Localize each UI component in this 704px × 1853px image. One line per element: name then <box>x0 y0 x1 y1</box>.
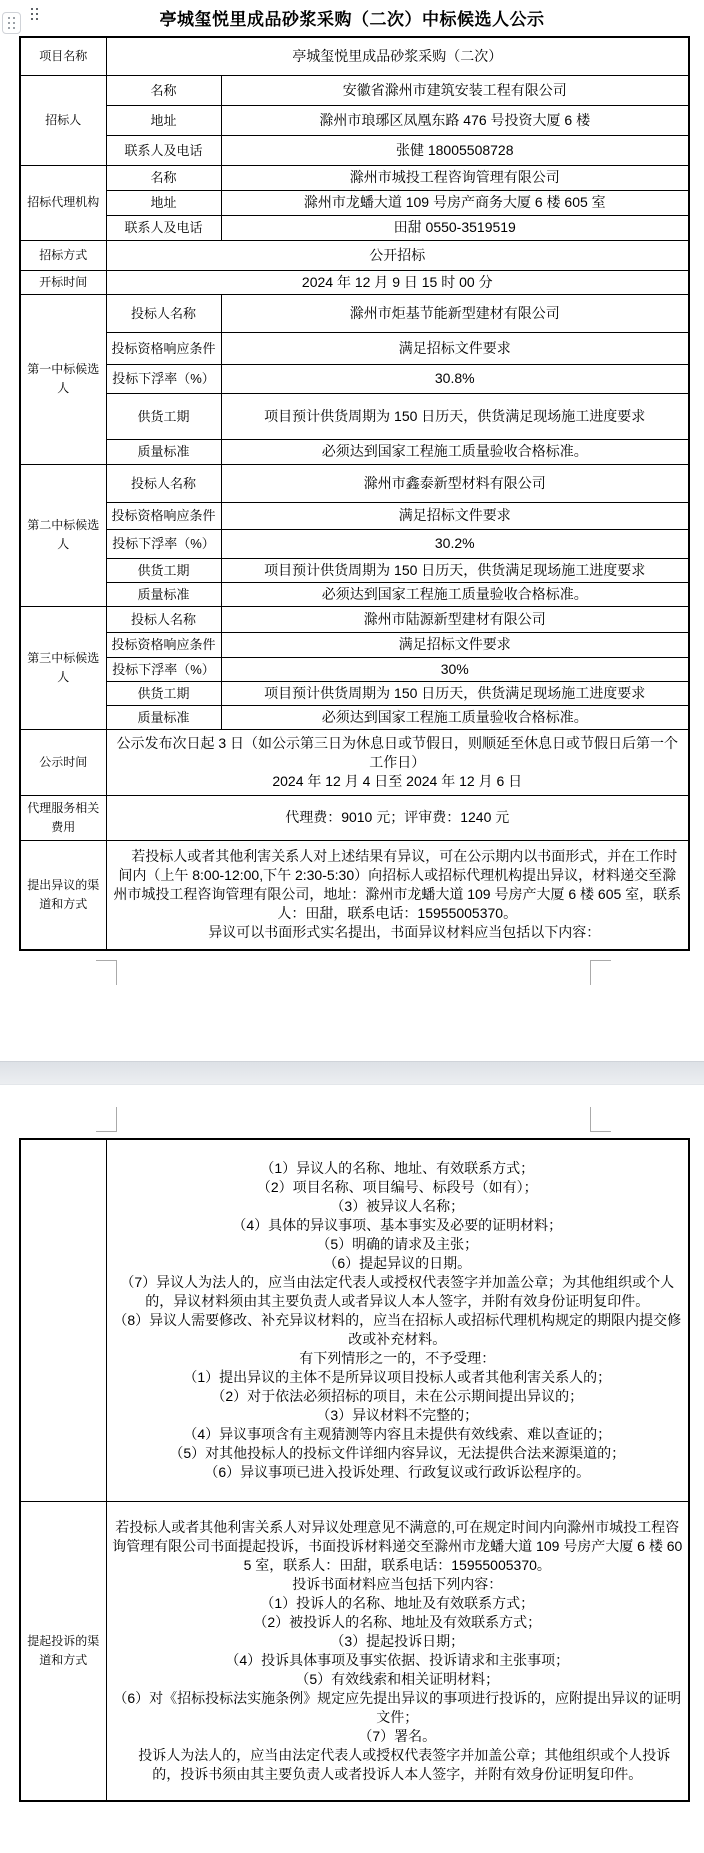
table-row: 供货工期 项目预计供货周期为 150 日历天，供货满足现场施工进度要求 <box>20 558 689 582</box>
cell-label: 招标方式 <box>20 240 106 270</box>
cell-label-empty <box>20 1139 106 1501</box>
cell-value: 项目预计供货周期为 150 日历天，供货满足现场施工进度要求 <box>221 558 689 582</box>
announcement-table-page2: （1）异议人的名称、地址、有效联系方式； （2）项目名称、项目编号、标段号（如有… <box>19 1138 690 1802</box>
cell-label: 项目名称 <box>20 37 106 75</box>
list-item: （2）对于依法必须招标的项目，未在公示期间提出异议的； <box>112 1387 684 1406</box>
cell-label: 公示时间 <box>20 729 106 795</box>
page-separator <box>0 1061 704 1085</box>
cell-label: 投标资格响应条件 <box>106 632 221 657</box>
page-corner-mark <box>96 960 117 985</box>
cell-value: 滁州市鑫泰新型材料有限公司 <box>221 464 689 502</box>
text-paragraph: 若投标人或者其他利害关系人对异议处理意见不满意的,可在规定时间内向滁州市城投工程… <box>112 1518 684 1575</box>
objection-content: 若投标人或者其他利害关系人对上述结果有异议，可在公示期内以书面形式，并在工作时间… <box>106 840 689 950</box>
cell-value: 满足招标文件要求 <box>221 502 689 529</box>
cell-label: 质量标准 <box>106 582 221 606</box>
table-row: 质量标准 必须达到国家工程施工质量验收合格标准。 <box>20 439 689 464</box>
cell-value: 项目预计供货周期为 150 日历天，供货满足现场施工进度要求 <box>221 393 689 439</box>
cell-label: 提出异议的渠道和方式 <box>20 840 106 950</box>
cell-label: 供货工期 <box>106 558 221 582</box>
cell-value: 公示发布次日起 3 日（如公示第三日为休息日或节假日，则顺延至休息日或节假日后第… <box>106 729 689 795</box>
cell-value: 30% <box>221 657 689 681</box>
table-row: 第一中标候选人 投标人名称 滁州市炬基节能新型建材有限公司 <box>20 294 689 332</box>
section-label-candidate-2: 第二中标候选人 <box>20 464 106 606</box>
cell-value: 公开招标 <box>106 240 689 270</box>
cell-label: 联系人及电话 <box>106 215 221 240</box>
objection-list-content: （1）异议人的名称、地址、有效联系方式； （2）项目名称、项目编号、标段号（如有… <box>106 1139 689 1501</box>
table-row: 地址 滁州市龙蟠大道 109 号房产商务大厦 6 楼 605 室 <box>20 190 689 215</box>
cell-label: 供货工期 <box>106 393 221 439</box>
cell-value: 满足招标文件要求 <box>221 632 689 657</box>
text-paragraph: 异议可以书面形式实名提出，书面异议材料应当包括以下内容： <box>112 923 684 942</box>
document-canvas: 亭城玺悦里成品砂浆采购（二次）中标候选人公示 项目名称 亭城玺悦里成品砂浆采购（… <box>0 0 704 1853</box>
cell-label: 提起投诉的渠道和方式 <box>20 1501 106 1801</box>
cell-value: 张健 18005508728 <box>221 135 689 165</box>
cell-label: 代理服务相关费用 <box>20 795 106 840</box>
list-item: （3）异议材料不完整的； <box>112 1406 684 1425</box>
cell-value: 田甜 0550-3519519 <box>221 215 689 240</box>
announcement-table-page1: 项目名称 亭城玺悦里成品砂浆采购（二次） 招标人 名称 安徽省滁州市建筑安装工程… <box>19 36 690 951</box>
list-item: （4）投诉具体事项及事实依据、投诉请求和主张事项； <box>112 1651 684 1670</box>
cell-value: 滁州市陆源新型建材有限公司 <box>221 606 689 632</box>
cell-value: 项目预计供货周期为 150 日历天，供货满足现场施工进度要求 <box>221 681 689 705</box>
drag-handle-icon <box>8 17 15 29</box>
cell-label: 供货工期 <box>106 681 221 705</box>
table-row: 招标代理机构 名称 滁州市城投工程咨询管理有限公司 <box>20 165 689 190</box>
table-row: 投标资格响应条件 满足招标文件要求 <box>20 502 689 529</box>
table-row: 第二中标候选人 投标人名称 滁州市鑫泰新型材料有限公司 <box>20 464 689 502</box>
text-paragraph: 投诉书面材料应当包括下列内容： <box>112 1575 684 1594</box>
text-paragraph: 投诉人为法人的，应当由法定代表人或授权代表签字并加盖公章；其他组织或个人投诉的，… <box>112 1746 684 1784</box>
section-label-candidate-1: 第一中标候选人 <box>20 294 106 464</box>
page-corner-mark <box>590 1107 611 1132</box>
list-item: （6）对《招标投标法实施条例》规定应先提出异议的事项进行投诉的，应附提出异议的证… <box>112 1689 684 1727</box>
text-paragraph: 有下列情形之一的，不予受理： <box>112 1349 684 1368</box>
complaint-content: 若投标人或者其他利害关系人对异议处理意见不满意的,可在规定时间内向滁州市城投工程… <box>106 1501 689 1801</box>
table-row: 质量标准 必须达到国家工程施工质量验收合格标准。 <box>20 582 689 606</box>
cell-value: 满足招标文件要求 <box>221 332 689 364</box>
list-item: （1）提出异议的主体不是所异议项目投标人或者其他利害关系人的； <box>112 1368 684 1387</box>
cell-label: 开标时间 <box>20 270 106 294</box>
cell-value: 2024 年 12 月 9 日 15 时 00 分 <box>106 270 689 294</box>
page-title: 亭城玺悦里成品砂浆采购（二次）中标候选人公示 <box>0 0 704 36</box>
page-1: 亭城玺悦里成品砂浆采购（二次）中标候选人公示 项目名称 亭城玺悦里成品砂浆采购（… <box>0 0 704 951</box>
cell-label: 投标人名称 <box>106 464 221 502</box>
cell-value: 必须达到国家工程施工质量验收合格标准。 <box>221 582 689 606</box>
table-row: 投标资格响应条件 满足招标文件要求 <box>20 332 689 364</box>
page-2: （1）异议人的名称、地址、有效联系方式； （2）项目名称、项目编号、标段号（如有… <box>0 1138 704 1802</box>
list-item: （4）具体的异议事项、基本事实及必要的证明材料； <box>112 1216 684 1235</box>
table-row: 投标下浮率（%） 30.8% <box>20 364 689 393</box>
table-row: 供货工期 项目预计供货周期为 150 日历天，供货满足现场施工进度要求 <box>20 681 689 705</box>
section-label-tenderer: 招标人 <box>20 75 106 165</box>
table-row: 项目名称 亭城玺悦里成品砂浆采购（二次） <box>20 37 689 75</box>
table-row: 联系人及电话 张健 18005508728 <box>20 135 689 165</box>
page-1-bottom-margin <box>0 951 704 1061</box>
text-paragraph: 若投标人或者其他利害关系人对上述结果有异议，可在公示期内以书面形式，并在工作时间… <box>112 847 684 923</box>
list-item: （2）被投诉人的名称、地址及有效联系方式； <box>112 1613 684 1632</box>
cell-label: 地址 <box>106 190 221 215</box>
table-row: 投标下浮率（%） 30.2% <box>20 529 689 558</box>
cell-label: 投标下浮率（%） <box>106 529 221 558</box>
cell-label: 地址 <box>106 105 221 135</box>
table-row: 招标人 名称 安徽省滁州市建筑安装工程有限公司 <box>20 75 689 105</box>
list-item: （2）项目名称、项目编号、标段号（如有）； <box>112 1178 684 1197</box>
text-line: 公示发布次日起 3 日（如公示第三日为休息日或节假日，则顺延至休息日或节假日后第… <box>112 734 684 772</box>
cell-label: 质量标准 <box>106 705 221 729</box>
cell-value: 滁州市城投工程咨询管理有限公司 <box>221 165 689 190</box>
table-row: 质量标准 必须达到国家工程施工质量验收合格标准。 <box>20 705 689 729</box>
cell-value: 滁州市炬基节能新型建材有限公司 <box>221 294 689 332</box>
page-2-top-margin <box>0 1085 704 1138</box>
list-item: （6）提起异议的日期。 <box>112 1254 684 1273</box>
drag-handle-button[interactable] <box>2 12 21 34</box>
cell-label: 投标下浮率（%） <box>106 657 221 681</box>
cell-value: 亭城玺悦里成品砂浆采购（二次） <box>106 37 689 75</box>
cell-value: 必须达到国家工程施工质量验收合格标准。 <box>221 439 689 464</box>
list-item: （1）投诉人的名称、地址及有效联系方式； <box>112 1594 684 1613</box>
drag-dots-icon[interactable] <box>31 8 38 20</box>
cell-label: 投标人名称 <box>106 606 221 632</box>
list-item: （4）异议事项含有主观猜测等内容且未提供有效线索、难以查证的； <box>112 1425 684 1444</box>
page-corner-mark <box>96 1107 117 1132</box>
cell-value: 滁州市琅琊区凤凰东路 476 号投资大厦 6 楼 <box>221 105 689 135</box>
section-label-agency: 招标代理机构 <box>20 165 106 240</box>
page-corner-mark <box>590 960 611 985</box>
table-row: 供货工期 项目预计供货周期为 150 日历天，供货满足现场施工进度要求 <box>20 393 689 439</box>
cell-value: 必须达到国家工程施工质量验收合格标准。 <box>221 705 689 729</box>
table-row: 公示时间 公示发布次日起 3 日（如公示第三日为休息日或节假日，则顺延至休息日或… <box>20 729 689 795</box>
cell-value: 滁州市龙蟠大道 109 号房产商务大厦 6 楼 605 室 <box>221 190 689 215</box>
table-row: 代理服务相关费用 代理费：9010 元；评审费：1240 元 <box>20 795 689 840</box>
list-item: （5）有效线索和相关证明材料； <box>112 1670 684 1689</box>
table-row: 联系人及电话 田甜 0550-3519519 <box>20 215 689 240</box>
list-item: （3）提起投诉日期； <box>112 1632 684 1651</box>
table-row: 开标时间 2024 年 12 月 9 日 15 时 00 分 <box>20 270 689 294</box>
list-item: （6）异议事项已进入投诉处理、行政复议或行政诉讼程序的。 <box>112 1463 684 1482</box>
section-label-candidate-3: 第三中标候选人 <box>20 606 106 729</box>
cell-label: 质量标准 <box>106 439 221 464</box>
table-row: 投标资格响应条件 满足招标文件要求 <box>20 632 689 657</box>
cell-value: 安徽省滁州市建筑安装工程有限公司 <box>221 75 689 105</box>
table-row: 提起投诉的渠道和方式 若投标人或者其他利害关系人对异议处理意见不满意的,可在规定… <box>20 1501 689 1801</box>
cell-value: 代理费：9010 元；评审费：1240 元 <box>106 795 689 840</box>
table-row: 投标下浮率（%） 30% <box>20 657 689 681</box>
table-row: 提出异议的渠道和方式 若投标人或者其他利害关系人对上述结果有异议，可在公示期内以… <box>20 840 689 950</box>
list-item: （7）署名。 <box>112 1727 684 1746</box>
list-item: （1）异议人的名称、地址、有效联系方式； <box>112 1159 684 1178</box>
cell-value: 30.8% <box>221 364 689 393</box>
list-item: （8）异议人需要修改、补充异议材料的，应当在招标人或招标代理机构规定的期限内提交… <box>112 1311 684 1349</box>
list-item: （3）被异议人名称； <box>112 1197 684 1216</box>
cell-label: 联系人及电话 <box>106 135 221 165</box>
list-item: （7）异议人为法人的，应当由法定代表人或授权代表签字并加盖公章；为其他组织或个人… <box>112 1273 684 1311</box>
table-row: 地址 滁州市琅琊区凤凰东路 476 号投资大厦 6 楼 <box>20 105 689 135</box>
list-item: （5）明确的请求及主张； <box>112 1235 684 1254</box>
text-line: 2024 年 12 月 4 日至 2024 年 12 月 6 日 <box>112 772 684 791</box>
table-row: 招标方式 公开招标 <box>20 240 689 270</box>
cell-value: 30.2% <box>221 529 689 558</box>
table-row: 第三中标候选人 投标人名称 滁州市陆源新型建材有限公司 <box>20 606 689 632</box>
list-item: （5）对其他投标人的投标文件详细内容异议，无法提供合法来源渠道的； <box>112 1444 684 1463</box>
cell-label: 名称 <box>106 75 221 105</box>
table-row: （1）异议人的名称、地址、有效联系方式； （2）项目名称、项目编号、标段号（如有… <box>20 1139 689 1501</box>
cell-label: 投标资格响应条件 <box>106 502 221 529</box>
cell-label: 投标人名称 <box>106 294 221 332</box>
cell-label: 投标资格响应条件 <box>106 332 221 364</box>
cell-label: 投标下浮率（%） <box>106 364 221 393</box>
cell-label: 名称 <box>106 165 221 190</box>
